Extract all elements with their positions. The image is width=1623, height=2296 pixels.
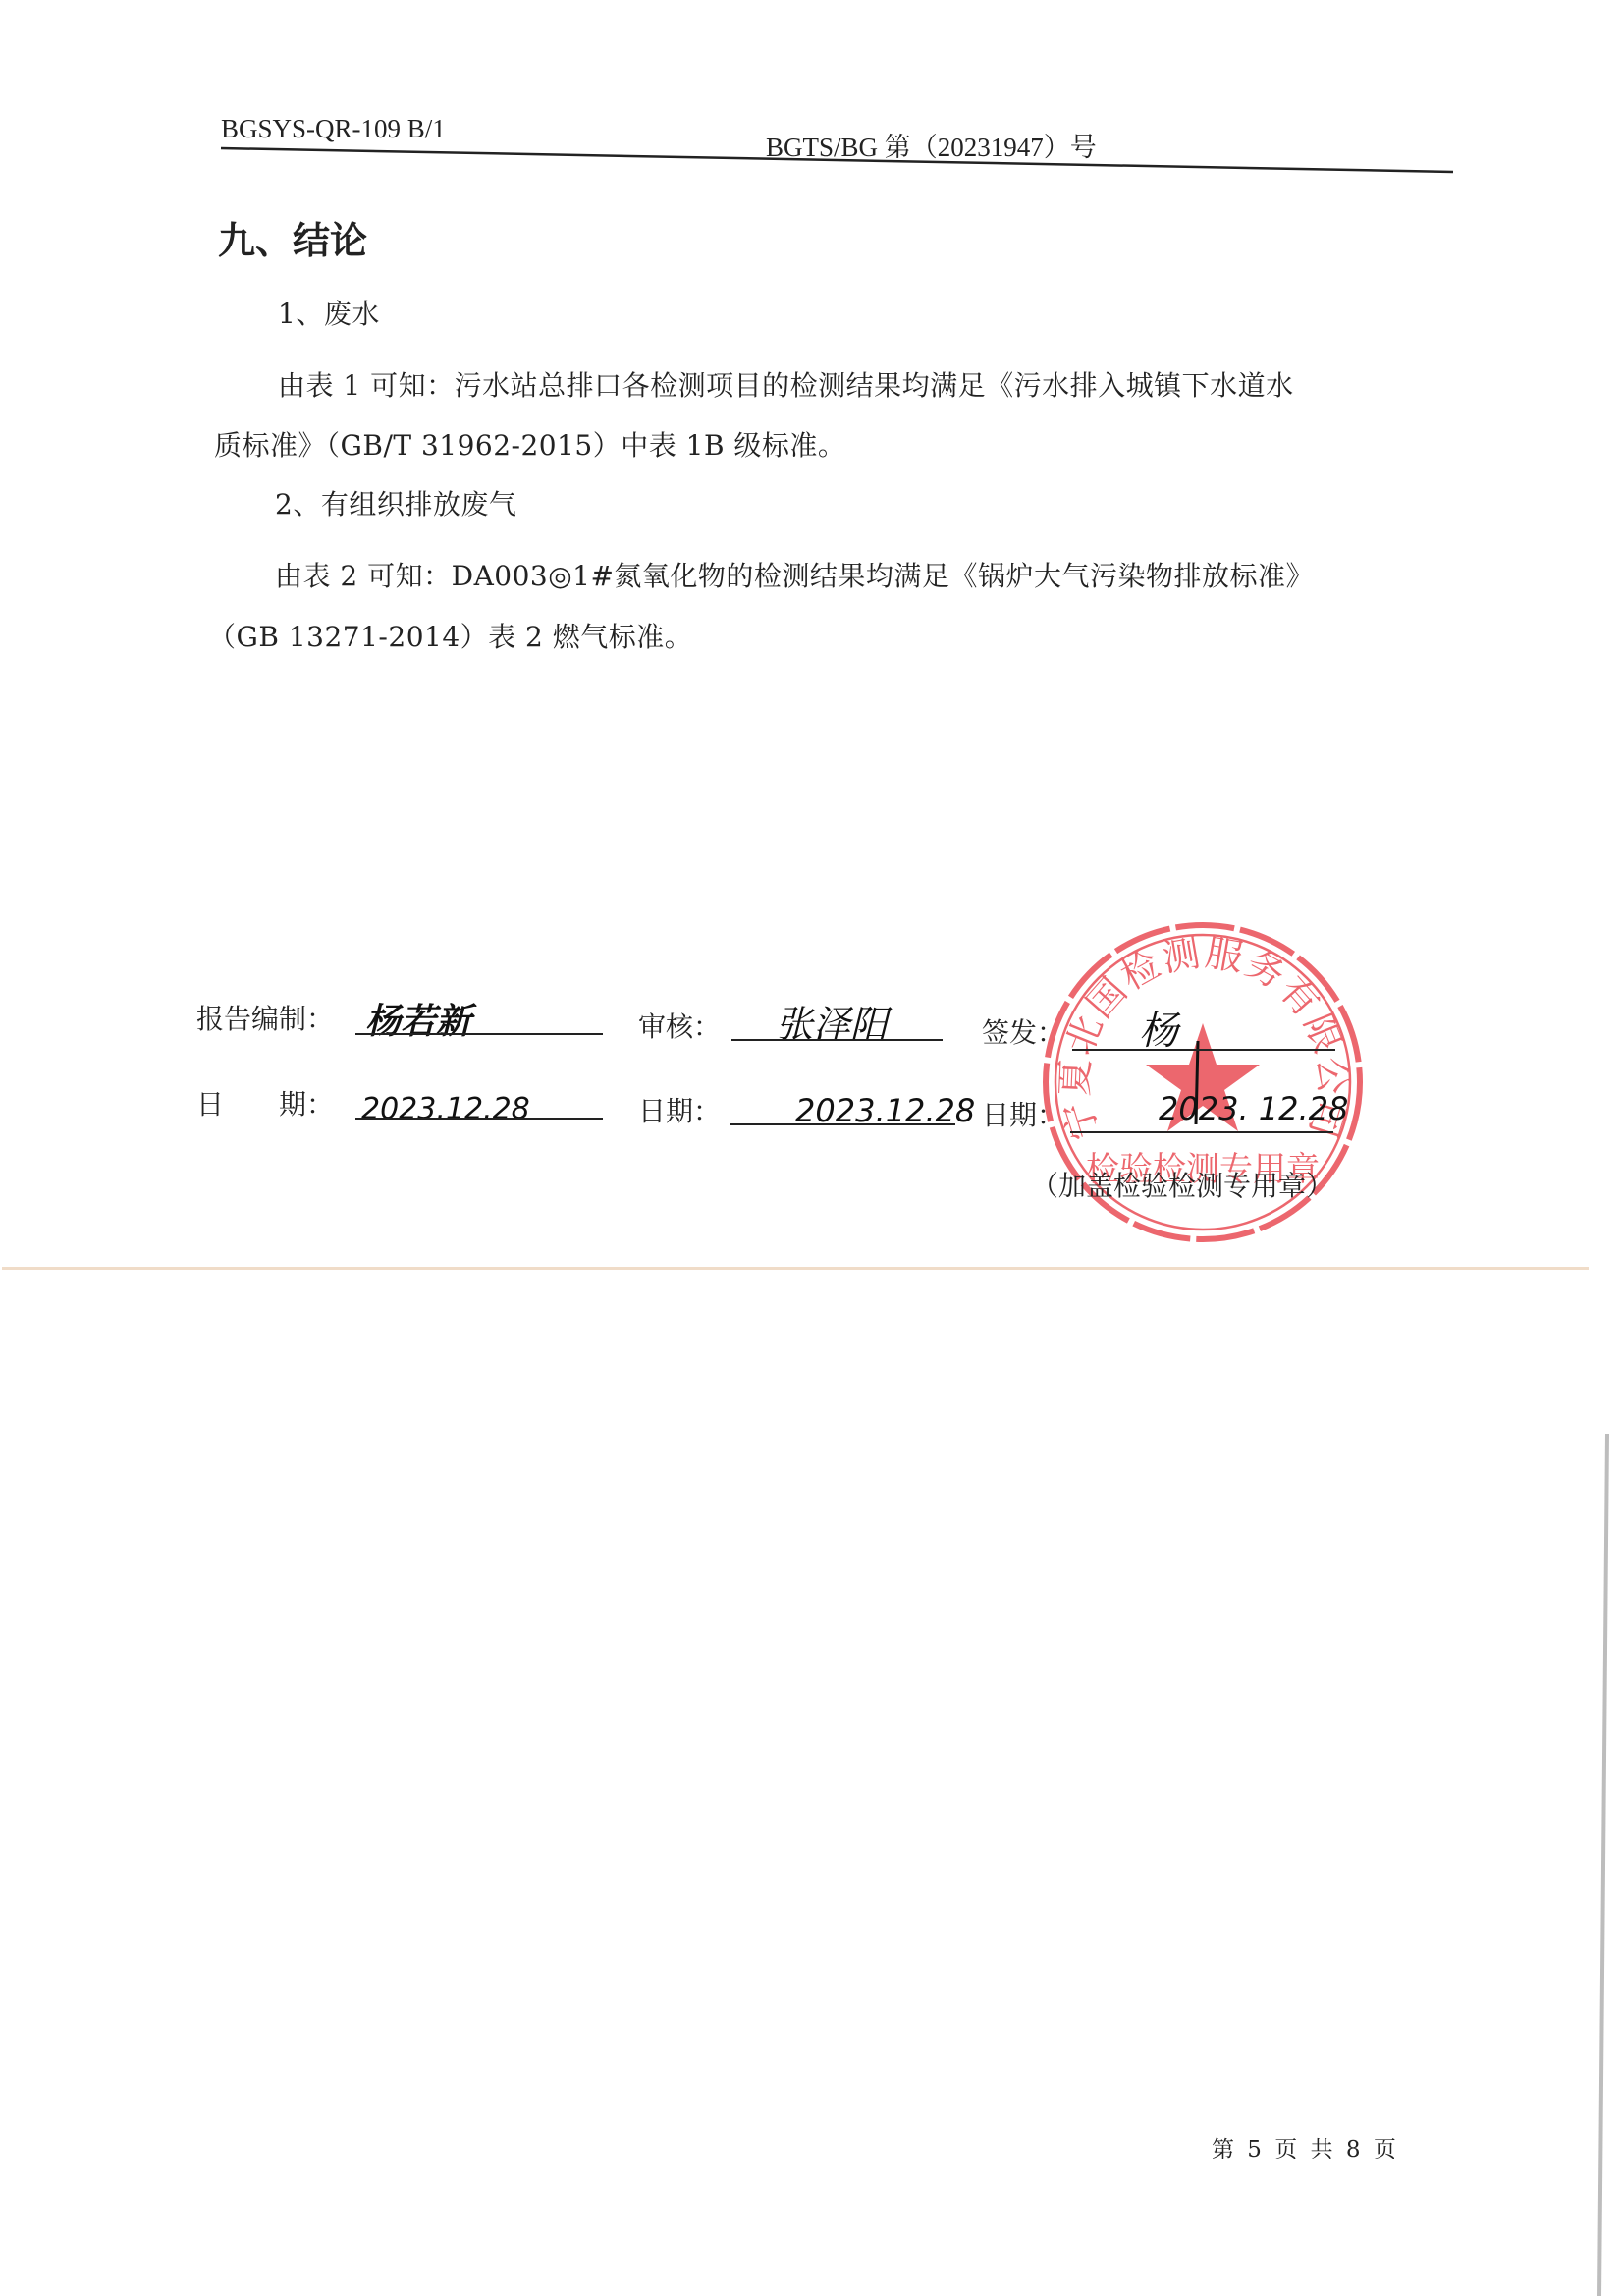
issuer-signature-line — [1072, 1049, 1335, 1051]
item-paragraph-wastewater-line1: 由表 1 可知：污水站总排口各检测项目的检测结果均满足《污水排入城镇下水道水 — [278, 364, 1294, 404]
issuer-date: 2023. 12.28 — [1159, 1090, 1348, 1127]
compiler-signature-line — [355, 1033, 603, 1035]
page-separator — [2, 1267, 1589, 1270]
scan-edge-line — [1586, 1434, 1615, 2296]
issuer-signature: 杨 — [1139, 1000, 1178, 1056]
item-heading-exhaust: 2、有组织排放废气 — [275, 483, 516, 522]
issuer-date-label: 日期： — [982, 1094, 1064, 1133]
compiler-date-label: 日 期： — [196, 1083, 334, 1122]
reviewer-label: 审核： — [638, 1006, 721, 1045]
page-number: 第 5 页 共 8 页 — [1212, 2131, 1396, 2163]
section-title: 九、结论 — [218, 210, 367, 264]
reviewer-signature-line — [731, 1039, 943, 1041]
reviewer-date-line — [730, 1123, 955, 1125]
item-paragraph-exhaust-line2: （GB 13271-2014）表 2 燃气标准。 — [208, 616, 692, 655]
item-paragraph-wastewater-line2: 质标准》（GB/T 31962-2015）中表 1B 级标准。 — [214, 424, 845, 464]
compiler-date: 2023.12.28 — [361, 1092, 530, 1126]
item-paragraph-exhaust-line1: 由表 2 可知：DA003◎1#氮氧化物的检测结果均满足《锅炉大气污染物排放标准… — [275, 555, 1314, 594]
header-rule — [0, 0, 1623, 196]
compiler-signature: 杨若新 — [365, 994, 471, 1044]
item-heading-wastewater: 1、废水 — [278, 293, 380, 332]
issuer-date-line — [1070, 1131, 1333, 1133]
compiler-label: 报告编制： — [196, 998, 334, 1037]
issuer-label: 签发： — [982, 1011, 1064, 1051]
reviewer-date-label: 日期： — [638, 1090, 721, 1129]
compiler-date-line — [355, 1118, 603, 1120]
stamp-note: （加盖检验检测专用章） — [1031, 1165, 1333, 1204]
